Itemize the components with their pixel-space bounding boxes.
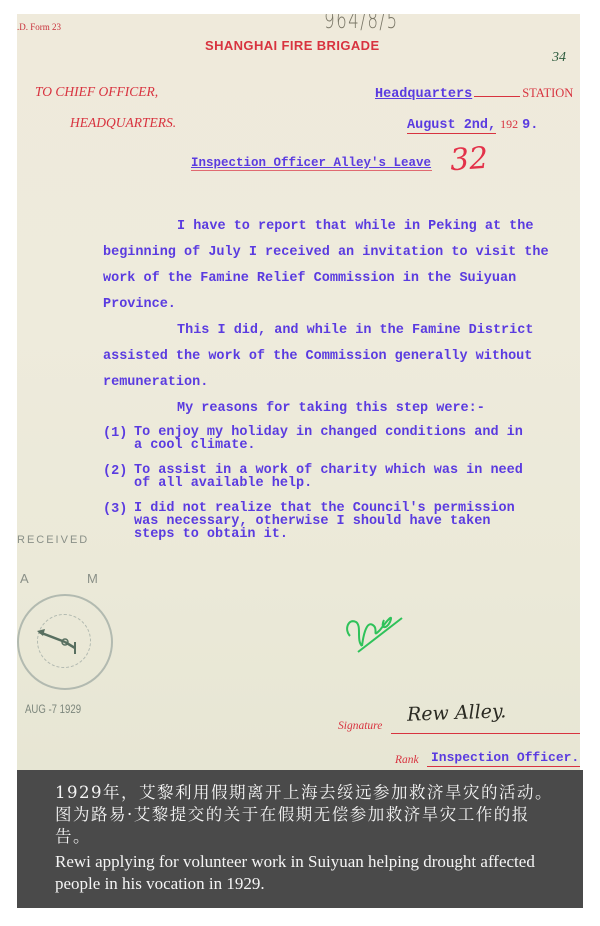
addressee-line-2: HEADQUARTERS.: [70, 115, 176, 131]
document-scan: .D. Form 23 964/8/5 SHANGHAI FIRE BRIGAD…: [17, 14, 580, 770]
reason-line: steps to obtain it.: [134, 528, 515, 541]
clock-stamp-icon: [17, 594, 113, 690]
station-field: HeadquartersSTATION: [375, 84, 573, 102]
reason-line: of all available help.: [134, 477, 523, 490]
paragraph-line: assisted the work of the Commission gene…: [103, 344, 532, 370]
stamp-pm-label: M: [87, 571, 98, 586]
reason-number: (3): [103, 502, 127, 517]
rank-rule: [427, 766, 580, 767]
caption-chinese: 1929年，艾黎利用假期离开上海去绥远参加救济旱灾的活动。图为路易·艾黎提交的关…: [55, 782, 560, 848]
reason-text: To assist in a work of charity which was…: [134, 464, 523, 490]
signature-label: Signature: [338, 720, 382, 732]
handwritten-page-number: 34: [552, 50, 566, 66]
stamp-am-label: A: [20, 571, 29, 586]
received-stamp-date: AUG -7 1929: [25, 702, 81, 716]
green-initials-icon: [342, 600, 412, 660]
handwritten-red-number: 32: [449, 141, 490, 179]
date-value: August 2nd,: [407, 118, 496, 133]
rank-label: Rank: [395, 754, 419, 766]
addressee-line-1: TO CHIEF OFFICER,: [35, 84, 158, 100]
reason-text: To enjoy my holiday in changed condition…: [134, 426, 523, 452]
station-label: STATION: [522, 86, 573, 100]
paragraph-line: remuneration.: [103, 370, 208, 396]
signature-value: Rew Alley.: [407, 700, 507, 725]
signature-rule: [391, 733, 580, 734]
caption-english: Rewi applying for volunteer work in Suiy…: [55, 851, 560, 895]
received-stamp-label: RECEIVED: [17, 534, 89, 546]
reason-number: (1): [103, 426, 127, 441]
reason-text: I did not realize that the Council's per…: [134, 502, 515, 541]
reason-line: a cool climate.: [134, 439, 523, 452]
paragraph-line: Province.: [103, 292, 176, 318]
letterhead-title: SHANGHAI FIRE BRIGADE: [205, 38, 380, 53]
date-year-prefix: 192: [500, 117, 518, 131]
paragraph-line: beginning of July I received an invitati…: [103, 240, 549, 266]
station-value: Headquarters: [375, 87, 472, 102]
subject-line: Inspection Officer Alley's Leave: [191, 156, 431, 170]
reason-number: (2): [103, 464, 127, 479]
paragraph-line: This I did, and while in the Famine Dist…: [177, 318, 533, 344]
date-field: August 2nd,1929.: [407, 115, 538, 134]
date-year-suffix: 9.: [522, 118, 538, 133]
form-number: .D. Form 23: [17, 22, 61, 32]
rank-value: Inspection Officer.: [431, 750, 579, 765]
caption-box: 1929年，艾黎利用假期离开上海去绥远参加救济旱灾的活动。图为路易·艾黎提交的关…: [17, 770, 583, 908]
paragraph-line: work of the Famine Relief Commission in …: [103, 266, 516, 292]
paragraph-line: I have to report that while in Peking at…: [177, 214, 533, 240]
subject-red-rule: [191, 170, 432, 171]
station-underline: [474, 96, 520, 97]
paragraph-line: My reasons for taking this step were:-: [177, 396, 485, 422]
handwritten-file-number: 964/8/5: [324, 14, 399, 34]
